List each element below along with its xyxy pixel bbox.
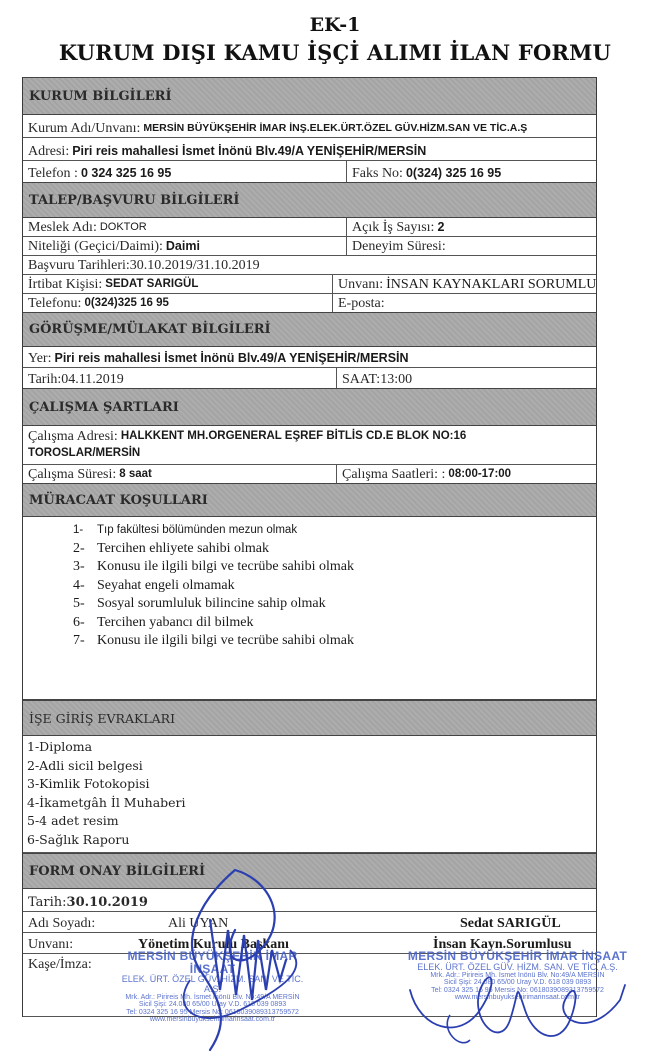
interview-date-value: 04.11.2019: [61, 371, 123, 388]
phone-label: Telefon :: [28, 165, 78, 182]
company-stamp-right: MERSİN BÜYÜKŞEHİR İMAR İNŞAAT ELEK. ÜRT.…: [405, 950, 630, 1001]
section-header-muracaat: MÜRACAAT KOŞULLARI: [23, 483, 596, 517]
contact-title-value: İNSAN KAYNAKLARI SORUMLUSU: [386, 276, 596, 293]
condition-item: 6-Tercihen yabancı dil bilmek: [23, 614, 596, 633]
row-contact: İrtibat Kişisi: SEDAT SARIGÜL Unvanı: İN…: [23, 275, 596, 294]
address-value: Piri reis mahallesi İsmet İnönü Blv.49/A…: [72, 143, 426, 160]
condition-item: 5-Sosyal sorumluluk bilincine sahip olma…: [23, 595, 596, 614]
interview-place-value: Piri reis mahallesi İsmet İnönü Blv.49/A…: [54, 350, 408, 367]
document-item: 5-4 adet resim: [27, 812, 596, 831]
nature-value: Daimi: [166, 238, 200, 255]
second-signer-name: Sedat SARIGÜL: [460, 915, 561, 932]
row-application-dates: Başvuru Tarihleri: 30.10.2019/31.10.2019: [23, 256, 596, 275]
condition-item: 3-Konusu ile ilgili bilgi ve tecrübe sah…: [23, 558, 596, 577]
approver-title-label: Unvanı:: [28, 936, 73, 953]
document-item: 3-Kimlik Fotokopisi: [27, 775, 596, 794]
work-hours-label: Çalışma Saatleri: :: [342, 466, 445, 483]
stamp-signature-label: Kaşe/İmza:: [28, 956, 92, 973]
institution-name-label: Kurum Adı/Unvanı:: [28, 120, 140, 137]
address-label: Adresi:: [28, 143, 69, 160]
work-duration-value: 8 saat: [119, 466, 152, 483]
interview-time-value: 13:00: [380, 371, 412, 388]
work-address-value-line1: HALKKENT MH.ORGENERAL EŞREF BİTLİS CD.E …: [121, 428, 466, 445]
company-stamp-left: MERSİN BÜYÜKŞEHİR İMAR İNŞAAT ELEK. ÜRT.…: [115, 950, 310, 1023]
row-approval-date: Tarih: 30.10.2019: [23, 889, 596, 912]
row-nature: Niteliği (Geçici/Daimi): Daimi Deneyim S…: [23, 237, 596, 256]
form-title: KURUM DIŞI KAMU İŞÇİ ALIMI İLAN FORMU: [0, 40, 670, 65]
openings-value: 2: [437, 219, 444, 236]
fax-value: 0(324) 325 16 95: [406, 165, 501, 182]
openings-label: Açık İş Sayısı:: [352, 219, 434, 236]
row-institution-name: Kurum Adı/Unvanı: MERSİN BÜYÜKŞEHİR İMAR…: [23, 115, 596, 138]
section-header-onay: FORM ONAY BİLGİLERİ: [23, 853, 596, 889]
annex-label: EK-1: [0, 14, 670, 36]
contact-label: İrtibat Kişisi:: [28, 276, 102, 293]
condition-item: 4-Seyahat engeli olmamak: [23, 577, 596, 596]
row-interview-place: Yer: Piri reis mahallesi İsmet İnönü Blv…: [23, 347, 596, 368]
row-interview-date: Tarih: 04.11.2019 SAAT: 13:00: [23, 368, 596, 388]
row-approver-name: Adı Soyadı: Ali UYAN Sedat SARIGÜL: [23, 912, 596, 933]
profession-value: DOKTOR: [100, 219, 147, 236]
application-dates-value: 30.10.2019/31.10.2019: [130, 257, 260, 274]
approver-name-label: Adı Soyadı:: [28, 915, 95, 932]
contact-value: SEDAT SARIGÜL: [105, 276, 198, 293]
condition-item: 1-Tıp fakültesi bölümünden mezun olmak: [23, 521, 596, 540]
row-work-duration: Çalışma Süresi: 8 saat Çalışma Saatleri:…: [23, 465, 596, 483]
section-header-evraklar: İŞE GİRİŞ EVRAKLARI: [23, 700, 596, 736]
interview-place-label: Yer:: [28, 350, 51, 367]
section-header-kurum: KURUM BİLGİLERİ: [23, 77, 596, 115]
row-work-address: Çalışma Adresi: HALKKENT MH.ORGENERAL EŞ…: [23, 426, 596, 465]
work-address-label: Çalışma Adresi:: [28, 428, 118, 445]
application-dates-label: Başvuru Tarihleri:: [28, 257, 130, 274]
row-phone-fax: Telefon : 0 324 325 16 95 Faks No: 0(324…: [23, 161, 596, 182]
row-profession: Meslek Adı: DOKTOR Açık İş Sayısı: 2: [23, 218, 596, 237]
approval-date-value: 30.10.2019: [67, 894, 148, 911]
work-address-value-line2: TOROSLAR/MERSİN: [28, 445, 140, 462]
announcement-form: KURUM BİLGİLERİ Kurum Adı/Unvanı: MERSİN…: [22, 77, 597, 1017]
approver-name-value: Ali UYAN: [168, 915, 228, 932]
section-header-gorusme: GÖRÜŞME/MÜLAKAT BİLGİLERİ: [23, 312, 596, 347]
institution-name-value: MERSİN BÜYÜKŞEHİR İMAR İNŞ.ELEK.ÜRT.ÖZEL…: [143, 120, 527, 137]
profession-label: Meslek Adı:: [28, 219, 97, 236]
approval-date-label: Tarih:: [28, 894, 67, 911]
row-address: Adresi: Piri reis mahallesi İsmet İnönü …: [23, 138, 596, 161]
email-label: E-posta:: [338, 295, 385, 312]
section-header-calisma: ÇALIŞMA ŞARTLARI: [23, 388, 596, 426]
contact-title-label: Unvanı:: [338, 276, 383, 293]
work-duration-label: Çalışma Süresi:: [28, 466, 116, 483]
contact-phone-label: Telefonu:: [28, 295, 81, 312]
nature-label: Niteliği (Geçici/Daimi):: [28, 238, 163, 255]
document-item: 2-Adli sicil belgesi: [27, 757, 596, 776]
entry-documents-list: 1-Diploma 2-Adli sicil belgesi 3-Kimlik …: [23, 736, 596, 853]
section-header-talep: TALEP/BAŞVURU BİLGİLERİ: [23, 182, 596, 218]
application-conditions-list: 1-Tıp fakültesi bölümünden mezun olmak 2…: [23, 517, 596, 700]
interview-date-label: Tarih:: [28, 371, 61, 388]
document-item: 6-Sağlık Raporu: [27, 831, 596, 850]
document-item: 4-İkametgâh İl Muhaberi: [27, 794, 596, 813]
document-item: 1-Diploma: [27, 738, 596, 757]
work-hours-value: 08:00-17:00: [448, 466, 511, 483]
row-contact-phone: Telefonu: 0(324)325 16 95 E-posta:: [23, 294, 596, 312]
condition-item: 2-Tercihen ehliyete sahibi olmak: [23, 540, 596, 559]
condition-item: 7-Konusu ile ilgili bilgi ve tecrübe sah…: [23, 632, 596, 651]
fax-label: Faks No:: [352, 165, 403, 182]
interview-time-label: SAAT:: [342, 371, 380, 388]
experience-label: Deneyim Süresi:: [352, 238, 446, 255]
contact-phone-value: 0(324)325 16 95: [84, 295, 168, 312]
phone-value: 0 324 325 16 95: [81, 165, 171, 182]
